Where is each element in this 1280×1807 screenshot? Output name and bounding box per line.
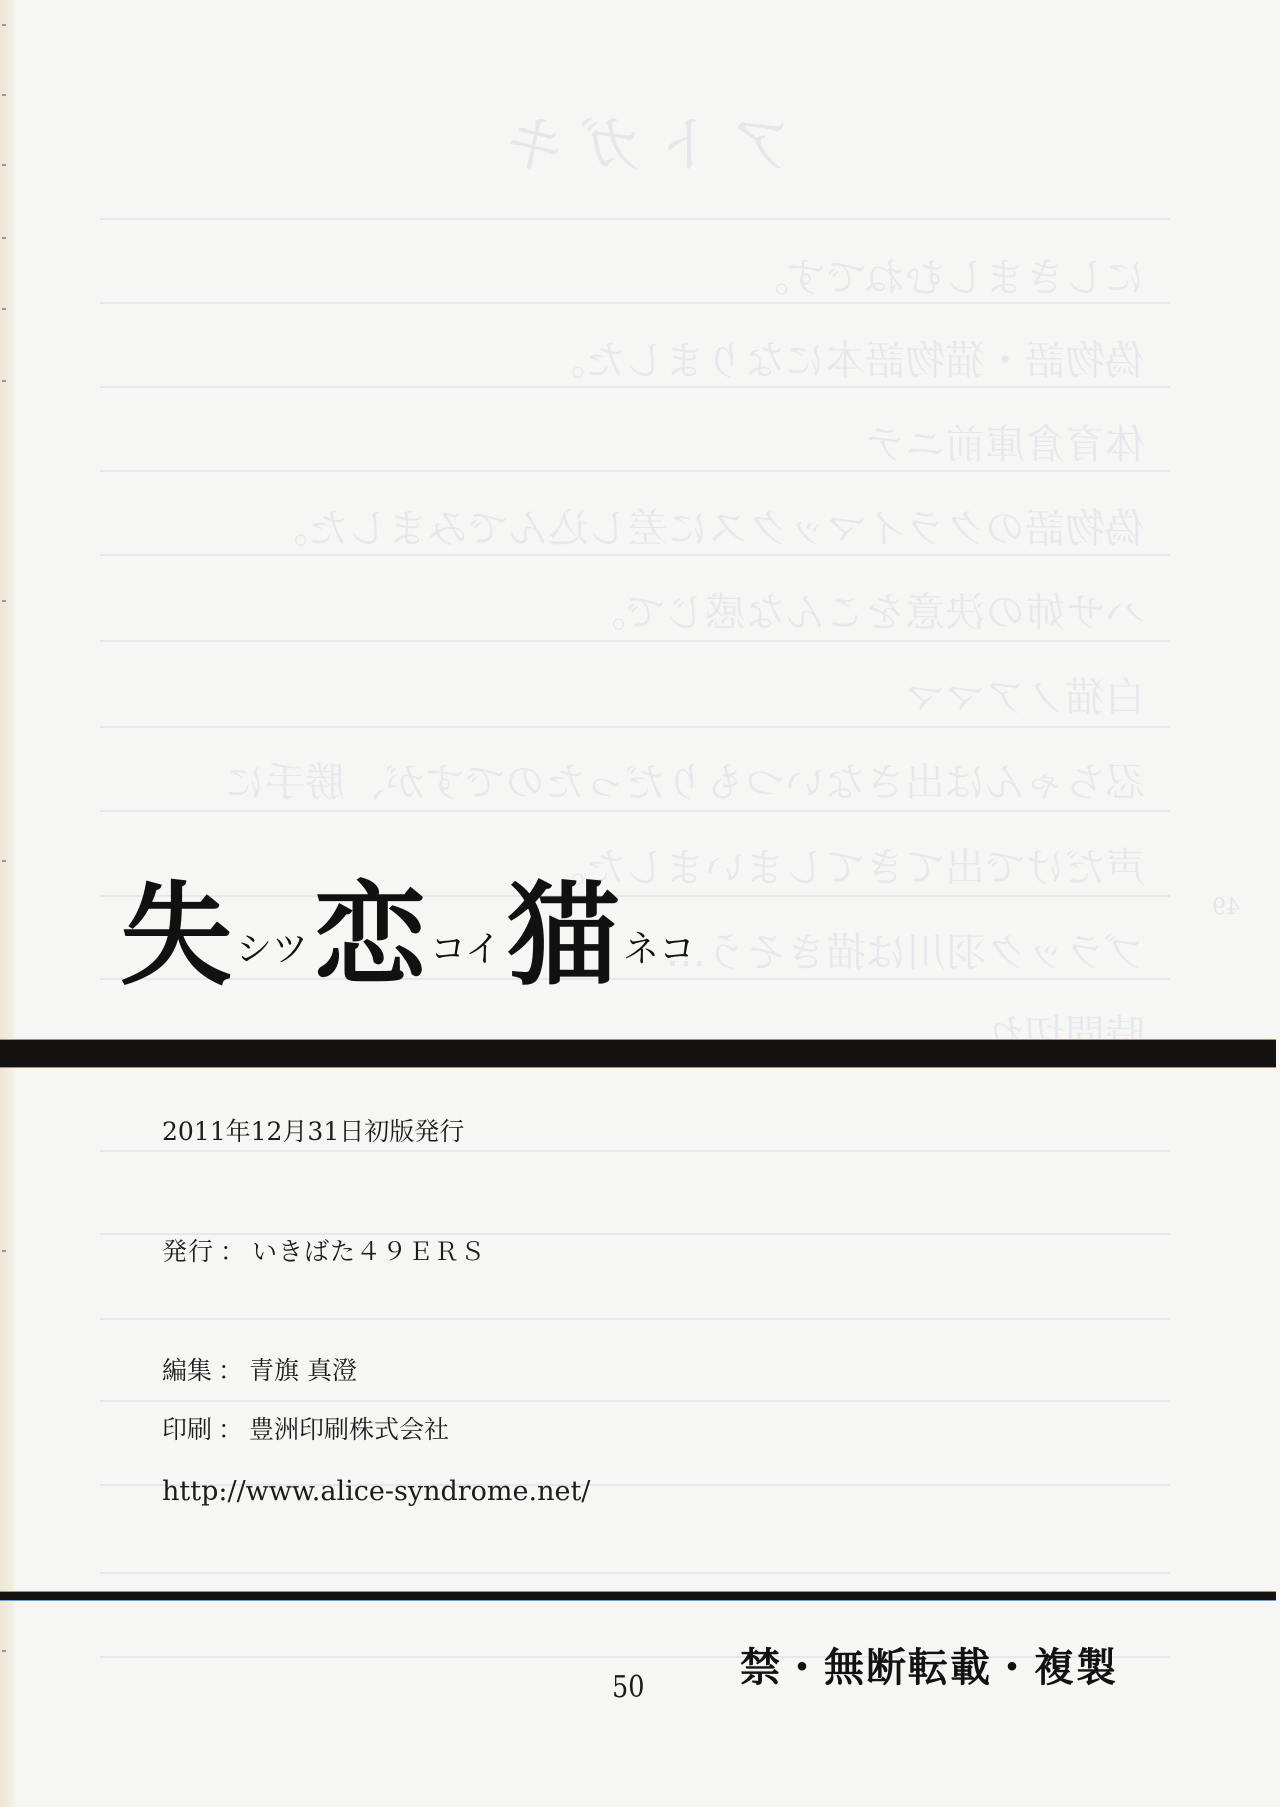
show-through-line: 忍ちゃんは出さないつもりだったのですが、勝手に: [225, 760, 1145, 806]
binding-mark: [2, 600, 6, 602]
show-through-rule: [100, 302, 1170, 304]
show-through-rule: [100, 470, 1170, 472]
binding-mark: [2, 24, 6, 26]
publisher-label: 発行: [162, 1237, 214, 1266]
binding-mark: [2, 860, 6, 862]
show-through-rule: [100, 726, 1170, 728]
page-number: 50: [612, 1670, 644, 1705]
page-spine-edge: [0, 0, 16, 1807]
binding-mark: [2, 308, 6, 310]
show-through-rule: [100, 640, 1170, 642]
editor-name: 青旗 真澄: [249, 1356, 357, 1385]
book-title: 失 シツ 恋 コイ 猫 ネコ: [120, 862, 701, 992]
copyright-notice: 禁・無断転載・複製: [740, 1636, 1118, 1693]
show-through-rule: [100, 1233, 1170, 1235]
binding-mark: [2, 1250, 6, 1252]
label-separator: ：: [220, 1237, 246, 1266]
title-divider-bar: [0, 1039, 1276, 1068]
show-through-line: にしきましむねです。: [749, 255, 1145, 301]
binding-mark: [2, 237, 6, 239]
binding-mark: [2, 164, 6, 166]
editor-label: 編集: [162, 1356, 212, 1385]
title-reading: コイ: [430, 930, 501, 970]
show-through-line: 偽物語のクライマックスに差し込んでみました。: [268, 506, 1145, 552]
title-kanji: 失: [120, 880, 232, 992]
label-separator: ：: [218, 1415, 243, 1444]
binding-mark: [2, 380, 6, 382]
binding-mark: [2, 1650, 6, 1652]
publisher-name: いきばた４９ＥＲＳ: [252, 1237, 486, 1266]
show-through-line: ハサ姉の決意をこんな感じで。: [586, 590, 1145, 636]
show-through-rule: [100, 1150, 1170, 1152]
title-kanji: 猫: [507, 880, 619, 992]
printer-label: 印刷: [162, 1415, 212, 1444]
show-through-rule: [100, 554, 1170, 556]
printer-name: 豊洲印刷株式会社: [249, 1415, 449, 1444]
show-through-page-number: 49: [1212, 895, 1240, 920]
show-through-line: 白猫ノアママ: [905, 675, 1145, 721]
show-through-line: 体育倉庫前ニテ: [865, 422, 1145, 468]
show-through-line: 偽物語・猫物語本になりました。: [545, 338, 1145, 384]
title-reading: シツ: [236, 930, 308, 970]
show-through-line: ブラック羽川は描きそう…: [666, 930, 1145, 976]
show-through-rule: [100, 1400, 1170, 1402]
printer-line: 印刷：豊洲印刷株式会社: [162, 1415, 449, 1445]
footer-divider-bar: [0, 1591, 1276, 1601]
website-url: http://www.alice-syndrome.net/: [162, 1477, 590, 1507]
show-through-rule: [100, 810, 1170, 812]
show-through-rule: [100, 218, 1170, 220]
editor-line: 編集：青旗 真澄: [162, 1356, 357, 1386]
label-separator: ：: [218, 1356, 243, 1385]
binding-mark: [2, 94, 6, 96]
show-through-rule: [100, 386, 1170, 388]
first-edition-date: 2011年12月31日初版発行: [162, 1117, 464, 1147]
show-through-heading: アトガキ: [490, 95, 792, 184]
show-through-rule: [100, 1318, 1170, 1320]
title-reading: ネコ: [623, 930, 695, 970]
show-through-rule: [100, 1572, 1170, 1574]
title-kanji: 恋: [314, 880, 426, 992]
publisher-line: 発行：いきばた４９ＥＲＳ: [162, 1237, 486, 1267]
